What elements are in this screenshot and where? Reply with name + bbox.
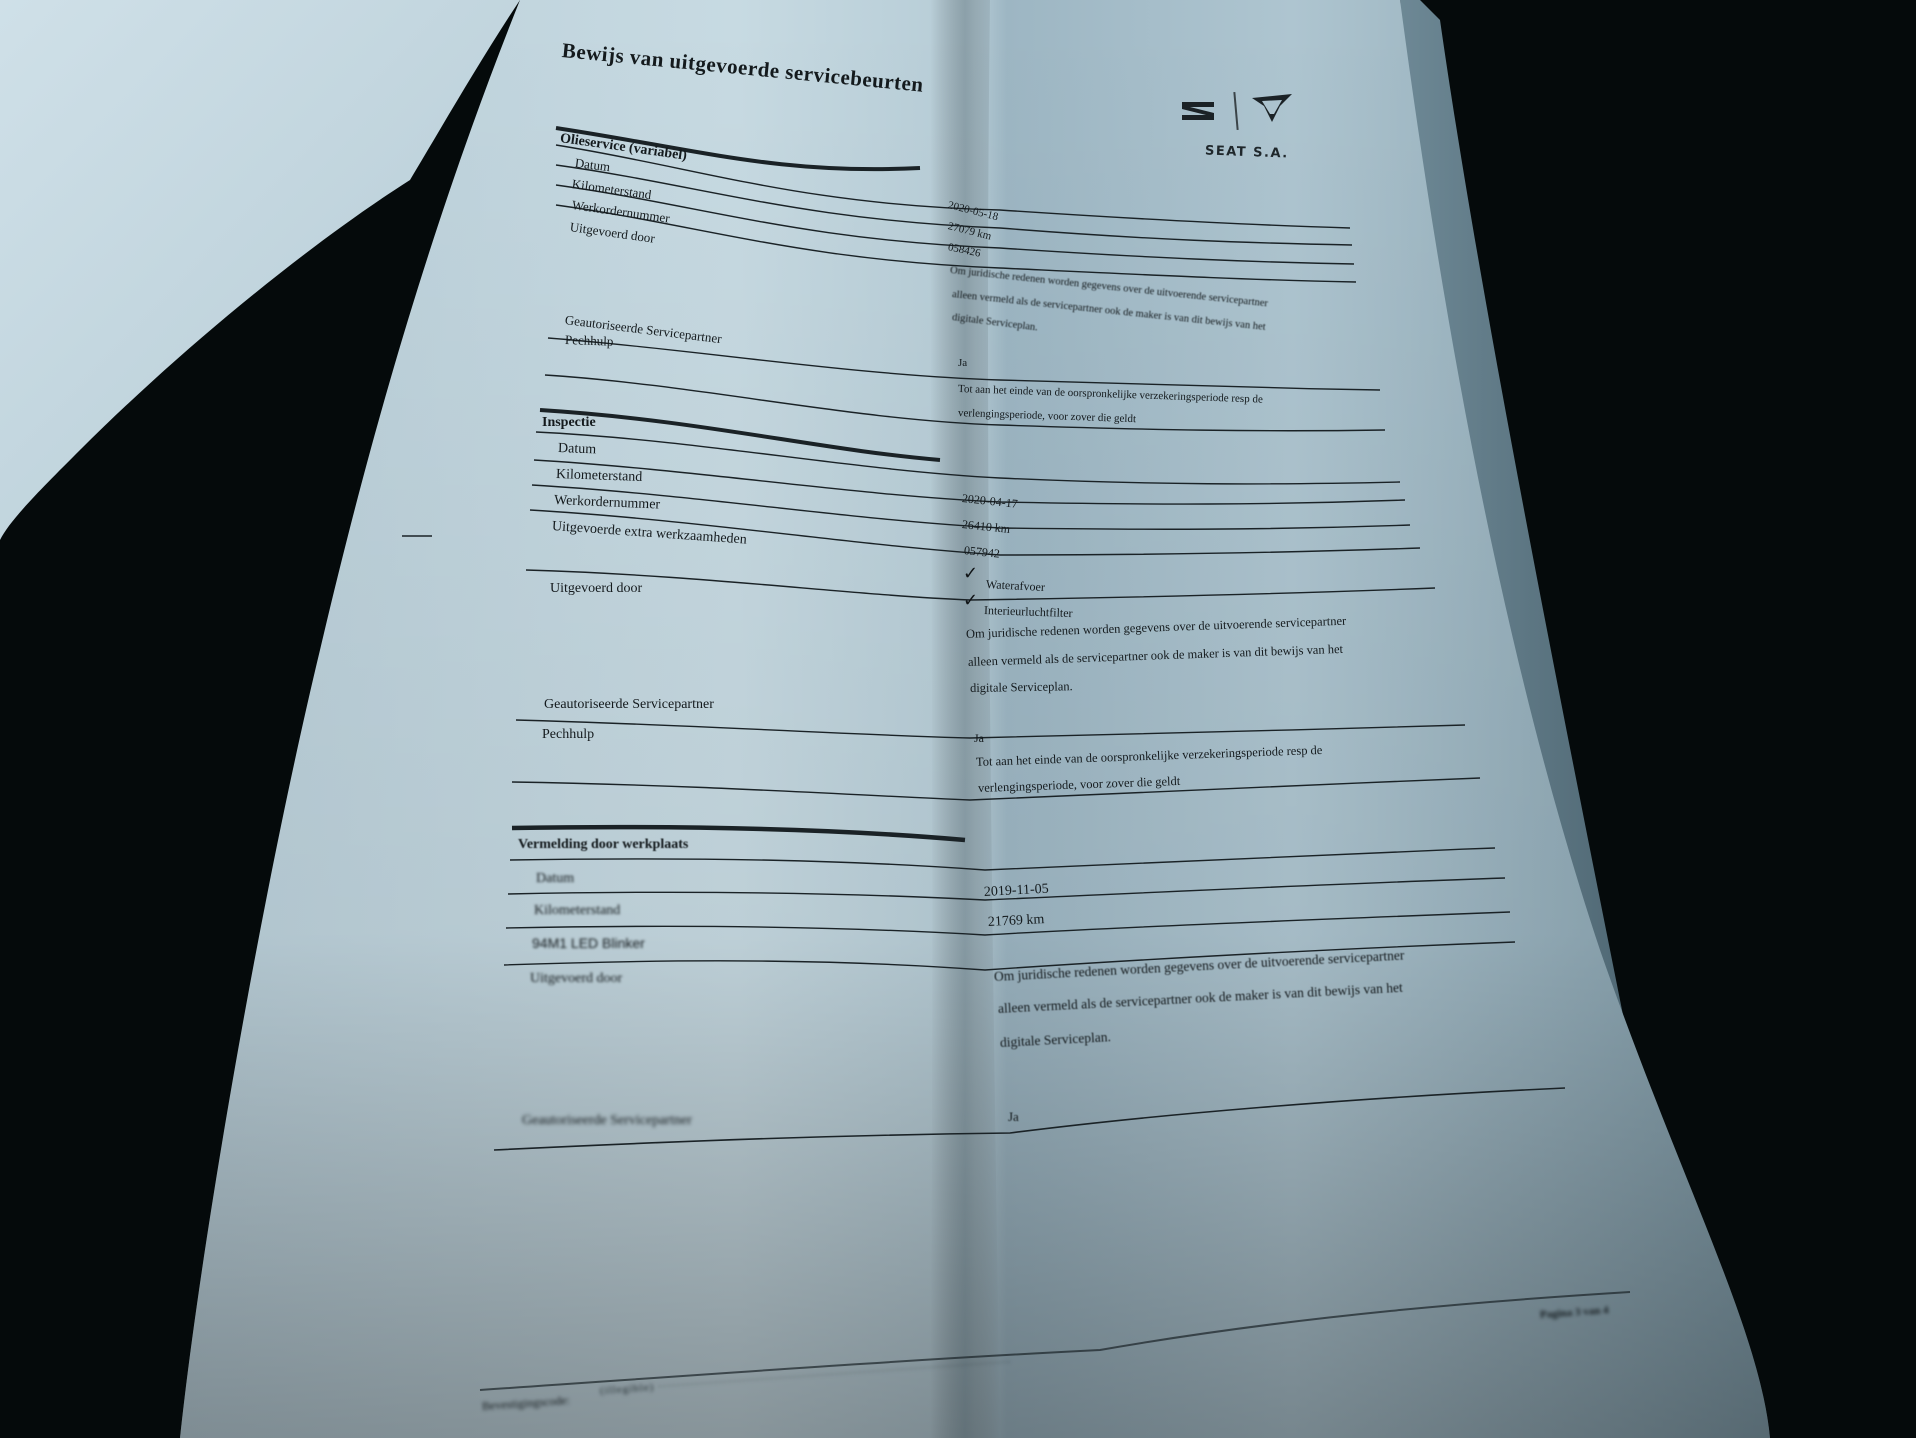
checkmark-icon: ✓ <box>963 563 978 584</box>
row-value: 21769 km <box>988 913 1045 930</box>
cupra-logo-icon <box>1250 92 1294 124</box>
check-item-interieurluchtfilter: Interieurluchtfilter <box>984 604 1073 619</box>
row-label: Pechhulp <box>565 333 614 348</box>
row-label: Datum <box>574 156 611 173</box>
section-heading-inspectie: Inspectie <box>542 416 596 430</box>
section-heading-vermelding: Vermelding door werkplaats <box>518 838 688 852</box>
checkmark-icon: ✓ <box>963 590 978 611</box>
row-value: Ja <box>974 732 984 744</box>
brand-name: SEAT S.A. <box>1205 144 1289 162</box>
row-label: Kilometerstand <box>556 468 643 485</box>
row-value: digitale Serviceplan. <box>970 680 1073 694</box>
row-label: Datum <box>536 872 574 886</box>
row-label: Geautoriseerde Servicepartner <box>544 698 714 712</box>
check-item-waterafvoer: Waterafvoer <box>986 578 1046 593</box>
row-value: Ja <box>958 358 967 369</box>
seat-s-logo-icon <box>1180 100 1216 122</box>
row-label: 94M1 LED Blinker <box>532 936 645 950</box>
row-label: Uitgevoerd door <box>530 972 622 986</box>
row-value: 057942 <box>963 544 1000 560</box>
row-label: Datum <box>558 442 597 457</box>
row-label: Uitgevoerd door <box>550 582 642 596</box>
row-value: Ja <box>1008 1110 1019 1123</box>
row-label: Pechhulp <box>542 728 594 742</box>
paper-sheets <box>0 0 1916 1438</box>
row-label: Kilometerstand <box>534 904 620 918</box>
row-label: Geautoriseerde Servicepartner <box>522 1114 692 1128</box>
photo-scene: Bewijs van uitgevoerde servicebeurten SE… <box>0 0 1916 1438</box>
